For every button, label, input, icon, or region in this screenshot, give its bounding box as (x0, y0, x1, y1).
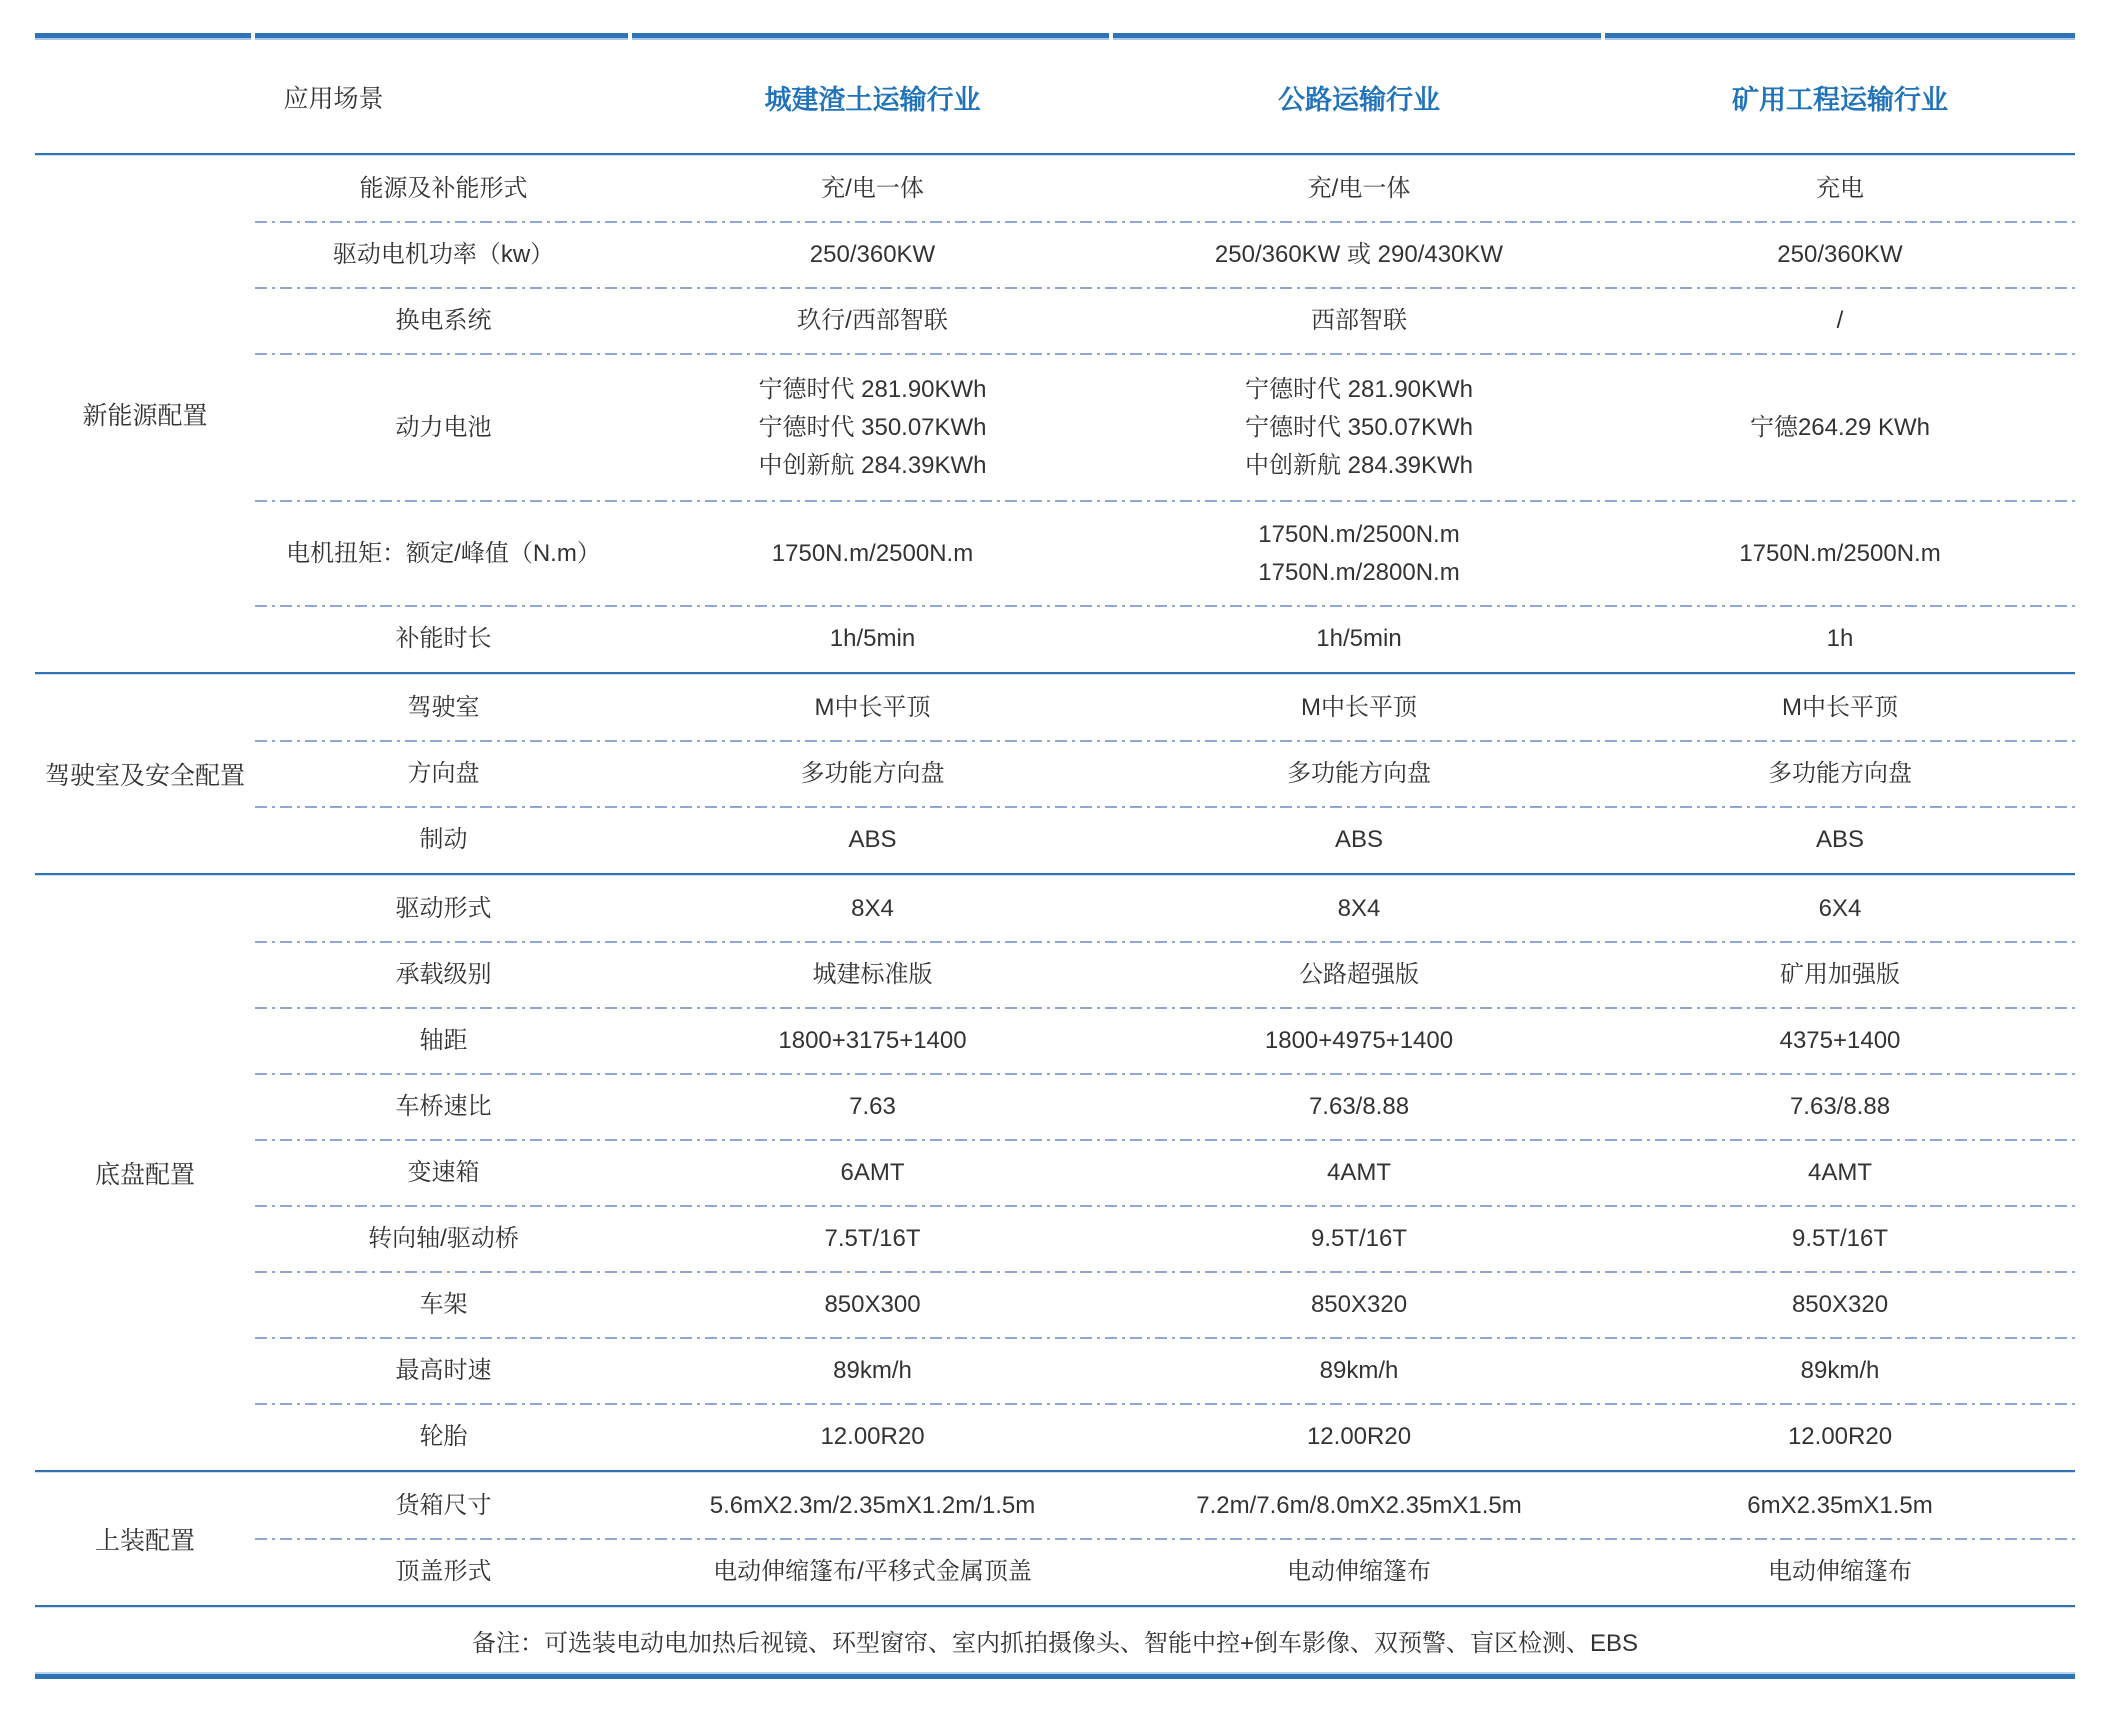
spec-value: 1800+3175+1400 (632, 1022, 1113, 1060)
spec-value: 6AMT (632, 1154, 1113, 1192)
spec-row: 驱动形式 8X4 8X4 6X4 (255, 876, 2075, 942)
spec-value: 850X320 (1605, 1286, 2075, 1324)
spec-value: 充/电一体 (1113, 170, 1605, 208)
spec-value: 城建标准版 (632, 956, 1113, 994)
spec-row: 电机扭矩：额定/峰值（N.m） 1750N.m/2500N.m 1750N.m/… (255, 501, 2075, 606)
spec-value: 6X4 (1605, 890, 2075, 928)
spec-row: 转向轴/驱动桥 7.5T/16T 9.5T/16T 9.5T/16T (255, 1206, 2075, 1272)
note-row: 备注：可选装电动电加热后视镜、环型窗帘、室内抓拍摄像头、智能中控+倒车影像、双预… (35, 1608, 2075, 1672)
spec-value: 宁德264.29 KWh (1605, 409, 2075, 447)
spec-label: 货箱尺寸 (255, 1487, 632, 1525)
spec-label: 方向盘 (255, 755, 632, 793)
spec-row: 制动 ABS ABS ABS (255, 807, 2075, 873)
spec-value: 玖行/西部智联 (632, 302, 1113, 340)
note-text: 备注：可选装电动电加热后视镜、环型窗帘、室内抓拍摄像头、智能中控+倒车影像、双预… (472, 1623, 1638, 1658)
spec-label: 转向轴/驱动桥 (255, 1220, 632, 1258)
table-top-border (35, 33, 2075, 41)
spec-label: 车桥速比 (255, 1088, 632, 1126)
spec-value: M中长平顶 (632, 689, 1113, 727)
spec-value: M中长平顶 (1113, 689, 1605, 727)
spec-value: 电动伸缩篷布 (1605, 1553, 2075, 1591)
spec-row: 能源及补能形式 充/电一体 充/电一体 充电 (255, 156, 2075, 222)
spec-value: 多功能方向盘 (1113, 755, 1605, 793)
page: { "colors": { "header_blue": "#2173b9", … (0, 0, 2110, 1711)
spec-value: 4AMT (1113, 1154, 1605, 1192)
spec-value: 7.63/8.88 (1113, 1088, 1605, 1126)
spec-label: 动力电池 (255, 409, 632, 447)
spec-label: 驱动电机功率（kw） (255, 236, 632, 274)
spec-value: 12.00R20 (1605, 1418, 2075, 1456)
spec-value: 电动伸缩篷布 (1113, 1553, 1605, 1591)
spec-label: 变速箱 (255, 1154, 632, 1192)
spec-row: 驱动电机功率（kw） 250/360KW 250/360KW 或 290/430… (255, 222, 2075, 288)
industry-column-header-road: 公路运输行业 (1113, 78, 1605, 117)
spec-label: 最高时速 (255, 1352, 632, 1390)
spec-value: ABS (1605, 821, 2075, 859)
spec-label: 补能时长 (255, 620, 632, 658)
spec-value: 宁德时代 281.90KWh 宁德时代 350.07KWh 中创新航 284.3… (1113, 371, 1605, 485)
scenario-header: 应用场景 (35, 79, 632, 115)
spec-value: 89km/h (1605, 1352, 2075, 1390)
spec-label: 能源及补能形式 (255, 170, 632, 208)
spec-value: 西部智联 (1113, 302, 1605, 340)
spec-label: 驾驶室 (255, 689, 632, 727)
spec-row: 动力电池 宁德时代 281.90KWh 宁德时代 350.07KWh 中创新航 … (255, 354, 2075, 501)
group-body-config: 上装配置 货箱尺寸 5.6mX2.3m/2.35mX1.2m/1.5m 7.2m… (35, 1473, 2075, 1605)
spec-value: 矿用加强版 (1605, 956, 2075, 994)
spec-value: 6mX2.35mX1.5m (1605, 1487, 2075, 1525)
spec-label: 换电系统 (255, 302, 632, 340)
spec-row: 车架 850X300 850X320 850X320 (255, 1272, 2075, 1338)
industry-column-header-urban: 城建渣土运输行业 (632, 78, 1113, 117)
spec-value: 宁德时代 281.90KWh 宁德时代 350.07KWh 中创新航 284.3… (632, 371, 1113, 485)
spec-value: M中长平顶 (1605, 689, 2075, 727)
spec-value: ABS (632, 821, 1113, 859)
spec-label: 轴距 (255, 1022, 632, 1060)
spec-value: 9.5T/16T (1605, 1220, 2075, 1258)
spec-row: 轴距 1800+3175+1400 1800+4975+1400 4375+14… (255, 1008, 2075, 1074)
spec-value: 1750N.m/2500N.m (1605, 535, 2075, 573)
spec-label: 顶盖形式 (255, 1553, 632, 1591)
spec-label: 车架 (255, 1286, 632, 1324)
spec-value: 电动伸缩篷布/平移式金属顶盖 (632, 1553, 1113, 1591)
group-label: 上装配置 (35, 1473, 255, 1605)
spec-value: / (1605, 302, 2075, 340)
spec-value: 9.5T/16T (1113, 1220, 1605, 1258)
spec-row: 轮胎 12.00R20 12.00R20 12.00R20 (255, 1404, 2075, 1470)
spec-value: 5.6mX2.3m/2.35mX1.2m/1.5m (632, 1487, 1113, 1525)
spec-value: 7.2m/7.6m/8.0mX2.35mX1.5m (1113, 1487, 1605, 1525)
industry-column-header-mining: 矿用工程运输行业 (1605, 78, 2075, 117)
spec-value: 1750N.m/2500N.m 1750N.m/2800N.m (1113, 516, 1605, 592)
spec-value: 多功能方向盘 (632, 755, 1113, 793)
spec-value: 1750N.m/2500N.m (632, 535, 1113, 573)
spec-label: 电机扭矩：额定/峰值（N.m） (255, 535, 632, 573)
group-chassis: 底盘配置 驱动形式 8X4 8X4 6X4 承载级别 城建标准版 公路超强版 矿… (35, 876, 2075, 1470)
group-label: 驾驶室及安全配置 (35, 675, 255, 873)
spec-value: 充电 (1605, 170, 2075, 208)
spec-value: 1h/5min (1113, 620, 1605, 658)
spec-value: 7.5T/16T (632, 1220, 1113, 1258)
spec-row: 变速箱 6AMT 4AMT 4AMT (255, 1140, 2075, 1206)
spec-row: 车桥速比 7.63 7.63/8.88 7.63/8.88 (255, 1074, 2075, 1140)
spec-row: 货箱尺寸 5.6mX2.3m/2.35mX1.2m/1.5m 7.2m/7.6m… (255, 1473, 2075, 1539)
spec-value: 12.00R20 (632, 1418, 1113, 1456)
spec-value: 850X300 (632, 1286, 1113, 1324)
spec-value: 89km/h (1113, 1352, 1605, 1390)
spec-value: 4375+1400 (1605, 1022, 2075, 1060)
spec-row: 承载级别 城建标准版 公路超强版 矿用加强版 (255, 942, 2075, 1008)
spec-value: 4AMT (1605, 1154, 2075, 1192)
spec-value: 8X4 (632, 890, 1113, 928)
header-row: 应用场景 城建渣土运输行业 公路运输行业 矿用工程运输行业 (35, 41, 2075, 153)
spec-label: 制动 (255, 821, 632, 859)
spec-row: 顶盖形式 电动伸缩篷布/平移式金属顶盖 电动伸缩篷布 电动伸缩篷布 (255, 1539, 2075, 1605)
spec-row: 换电系统 玖行/西部智联 西部智联 / (255, 288, 2075, 354)
group-label: 新能源配置 (35, 156, 255, 672)
spec-value: 12.00R20 (1113, 1418, 1605, 1456)
group-label: 底盘配置 (35, 876, 255, 1470)
spec-value: 89km/h (632, 1352, 1113, 1390)
spec-table: 应用场景 城建渣土运输行业 公路运输行业 矿用工程运输行业 新能源配置 能源及补… (35, 33, 2075, 1680)
spec-label: 驱动形式 (255, 890, 632, 928)
spec-row: 驾驶室 M中长平顶 M中长平顶 M中长平顶 (255, 675, 2075, 741)
spec-value: 250/360KW (632, 236, 1113, 274)
spec-value: 7.63 (632, 1088, 1113, 1126)
spec-label: 承载级别 (255, 956, 632, 994)
spec-row: 方向盘 多功能方向盘 多功能方向盘 多功能方向盘 (255, 741, 2075, 807)
spec-value: 1h (1605, 620, 2075, 658)
spec-row: 最高时速 89km/h 89km/h 89km/h (255, 1338, 2075, 1404)
spec-value: 8X4 (1113, 890, 1605, 928)
spec-value: 多功能方向盘 (1605, 755, 2075, 793)
spec-value: 1800+4975+1400 (1113, 1022, 1605, 1060)
spec-value: 850X320 (1113, 1286, 1605, 1324)
spec-value: ABS (1113, 821, 1605, 859)
spec-value: 公路超强版 (1113, 956, 1605, 994)
spec-value: 7.63/8.88 (1605, 1088, 2075, 1126)
group-cab-safety: 驾驶室及安全配置 驾驶室 M中长平顶 M中长平顶 M中长平顶 方向盘 多功能方向… (35, 675, 2075, 873)
spec-value: 1h/5min (632, 620, 1113, 658)
spec-value: 充/电一体 (632, 170, 1113, 208)
spec-value: 250/360KW (1605, 236, 2075, 274)
spec-value: 250/360KW 或 290/430KW (1113, 236, 1605, 274)
spec-row: 补能时长 1h/5min 1h/5min 1h (255, 606, 2075, 672)
spec-label: 轮胎 (255, 1418, 632, 1456)
table-bottom-border (35, 1672, 2075, 1680)
group-new-energy: 新能源配置 能源及补能形式 充/电一体 充/电一体 充电 驱动电机功率（kw） … (35, 156, 2075, 672)
